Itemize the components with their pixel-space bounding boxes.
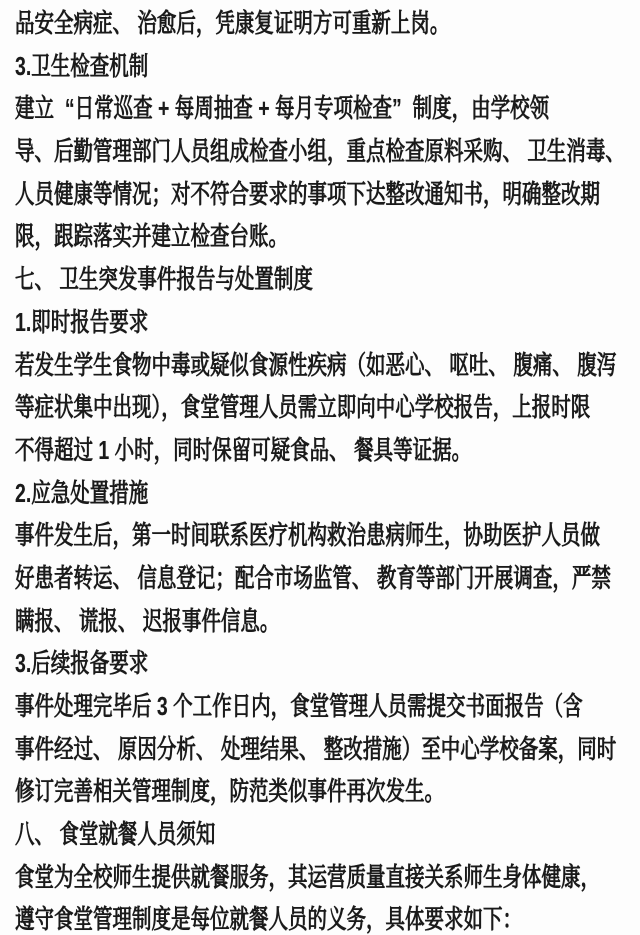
doc-line-text: 遵守食堂管理制度是每位就餐人员的义务，具体要求如下： xyxy=(15,898,522,935)
doc-line-text: 不得超过 1 小时，同时保留可疑食品、 餐具等证据。 xyxy=(15,429,471,472)
doc-line-text: 若发生学生食物中毒或疑似食源性疾病（如恶心、 呕吐、 腹痛、 腹泻 xyxy=(15,344,616,387)
doc-line: 不得超过 1 小时，同时保留可疑食品、 餐具等证据。 xyxy=(15,429,640,472)
doc-line-text: 3.后续报备要求 xyxy=(15,642,148,685)
doc-line-heading: 八、 食堂就餐人员须知 xyxy=(15,813,640,856)
doc-line-text: 1.即时报告要求 xyxy=(15,301,148,344)
doc-line-text: 食堂为全校师生提供就餐服务，其运营质量直接关系师生身体健康， xyxy=(15,856,600,899)
doc-line: 限，跟踪落实并建立检查台账。 xyxy=(15,215,640,258)
doc-line: 瞒报、 谎报、 迟报事件信息。 xyxy=(15,600,640,643)
doc-line-text: 品安全病症、 治愈后，凭康复证明方可重新上岗。 xyxy=(15,2,449,45)
doc-line-text: 导、后勤管理部门人员组成检查小组，重点检查原料采购、 卫生消毒、 xyxy=(15,130,625,173)
doc-line-heading: 七、 卫生突发事件报告与处置制度 xyxy=(15,258,640,301)
doc-line: 等症状集中出现），食堂管理人员需立即向中心学校报告，上报时限 xyxy=(15,386,640,429)
doc-line-heading: 2.应急处置措施 xyxy=(15,472,640,515)
doc-line-text: 事件处理完毕后 3 个工作日内，食堂管理人员需提交书面报告（含 xyxy=(15,685,583,728)
doc-line-text: 2.应急处置措施 xyxy=(15,472,148,515)
doc-line: 导、后勤管理部门人员组成检查小组，重点检查原料采购、 卫生消毒、 xyxy=(15,130,640,173)
doc-line: 修订完善相关管理制度，防范类似事件再次发生。 xyxy=(15,770,640,813)
doc-line-text: 修订完善相关管理制度，防范类似事件再次发生。 xyxy=(15,770,444,813)
doc-line: 建立 “日常巡查 + 每周抽查 + 每月专项检查” 制度，由学校领 xyxy=(15,87,640,130)
doc-line: 事件经过、 原因分析、 处理结果、 整改措施）至中心学校备案，同时 xyxy=(15,728,640,771)
doc-line-text: 等症状集中出现），食堂管理人员需立即向中心学校报告，上报时限 xyxy=(15,386,590,429)
doc-line-text: 七、 卫生突发事件报告与处置制度 xyxy=(15,258,313,301)
doc-line-text: 人员健康等情况；对不符合要求的事项下达整改通知书，明确整改期 xyxy=(15,173,600,216)
doc-line: 食堂为全校师生提供就餐服务，其运营质量直接关系师生身体健康， xyxy=(15,856,640,899)
doc-line-text: 事件经过、 原因分析、 处理结果、 整改措施）至中心学校备案，同时 xyxy=(15,728,616,771)
doc-line: 好患者转运、 信息登记；配合市场监管、 教育等部门开展调查，严禁 xyxy=(15,557,640,600)
doc-line-text: 好患者转运、 信息登记；配合市场监管、 教育等部门开展调查，严禁 xyxy=(15,557,611,600)
doc-line: 遵守食堂管理制度是每位就餐人员的义务，具体要求如下： xyxy=(15,898,640,935)
doc-line-text: 八、 食堂就餐人员须知 xyxy=(15,813,215,856)
doc-line: 事件处理完毕后 3 个工作日内，食堂管理人员需提交书面报告（含 xyxy=(15,685,640,728)
doc-line: 品安全病症、 治愈后，凭康复证明方可重新上岗。 xyxy=(15,2,640,45)
doc-line-text: 3.卫生检查机制 xyxy=(15,45,148,88)
doc-line: 若发生学生食物中毒或疑似食源性疾病（如恶心、 呕吐、 腹痛、 腹泻 xyxy=(15,344,640,387)
doc-line-text: 限，跟踪落实并建立检查台账。 xyxy=(15,215,288,258)
doc-line-heading: 1.即时报告要求 xyxy=(15,301,640,344)
doc-line-text: 瞒报、 谎报、 迟报事件信息。 xyxy=(15,600,279,643)
doc-line: 人员健康等情况；对不符合要求的事项下达整改通知书，明确整改期 xyxy=(15,173,640,216)
doc-line: 事件发生后，第一时间联系医疗机构救治患病师生，协助医护人员做 xyxy=(15,514,640,557)
doc-line-heading: 3.卫生检查机制 xyxy=(15,45,640,88)
doc-line-heading: 3.后续报备要求 xyxy=(15,642,640,685)
doc-line-text: 事件发生后，第一时间联系医疗机构救治患病师生，协助医护人员做 xyxy=(15,514,600,557)
doc-line-text: 建立 “日常巡查 + 每周抽查 + 每月专项检查” 制度，由学校领 xyxy=(15,87,549,130)
document-page: 品安全病症、 治愈后，凭康复证明方可重新上岗。 3.卫生检查机制 建立 “日常巡… xyxy=(0,0,640,935)
